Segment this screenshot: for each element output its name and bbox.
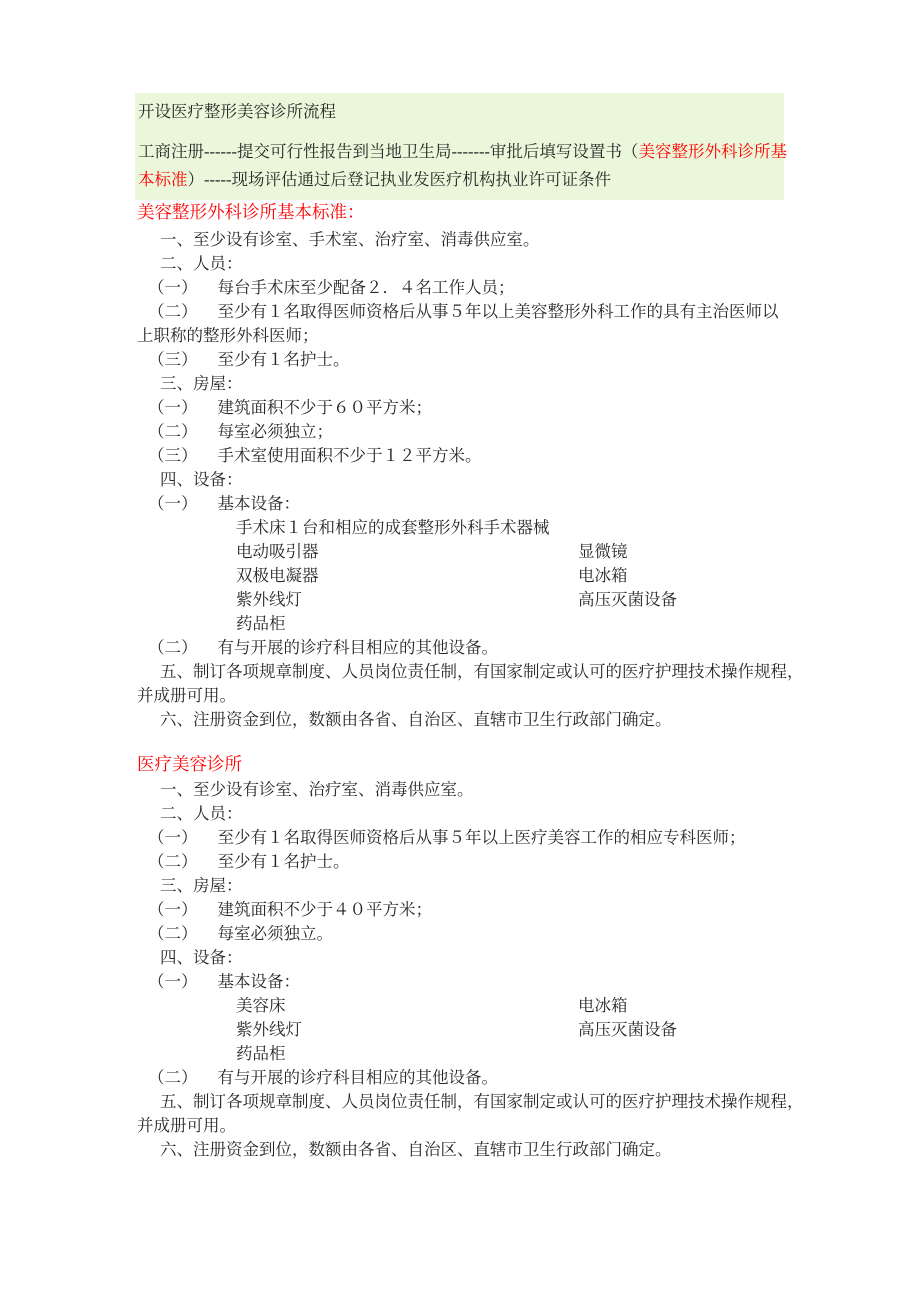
list-marker: （一） xyxy=(137,276,198,300)
doc-line-equip: 药品柜 xyxy=(137,612,787,636)
equipment-name: 电动吸引器 xyxy=(236,542,319,561)
flow-text: ）-----现场评估通过后登记执业发医疗机构执业许可证条件 xyxy=(188,170,611,189)
list-text: 每室必须独立。 xyxy=(218,924,334,943)
list-text: 至少有１名护士。 xyxy=(218,350,350,369)
list-text: 至少有１名取得医师资格后从事５年以上医疗美容工作的相应专科医师； xyxy=(218,828,746,847)
list-marker: （三） xyxy=(137,348,198,372)
equipment-name: 药品柜 xyxy=(236,1044,286,1063)
doc-line-paren: （二）至少有１名护士。 xyxy=(137,850,787,874)
list-text: 至少有１名取得医师资格后从事５年以上美容整形外科工作的具有主治医师以 xyxy=(218,302,779,321)
list-marker: （二） xyxy=(137,922,198,946)
doc-line-num: 一、至少设有诊室、手术室、治疗室、消毒供应室。 xyxy=(137,228,787,252)
document-page: 开设医疗整形美容诊所流程 工商注册------提交可行性报告到当地卫生局----… xyxy=(0,0,920,1302)
list-text: 有与开展的诊疗科目相应的其他设备。 xyxy=(218,1068,499,1087)
doc-line-equip: 双极电凝器电冰箱 xyxy=(137,564,787,588)
list-marker: （二） xyxy=(137,636,198,660)
list-marker: （三） xyxy=(137,444,198,468)
doc-line-num: 三、房屋： xyxy=(137,372,787,396)
doc-line-cont: 并成册可用。 xyxy=(137,684,787,708)
flow-red-text: 美容整形外科诊所基 xyxy=(638,142,787,161)
doc-line-num: 六、注册资金到位，数额由各省、自治区、直辖市卫生行政部门确定。 xyxy=(137,1138,787,1162)
list-text: 建筑面积不少于６０平方米； xyxy=(218,398,433,417)
doc-line-paren: （二）每室必须独立。 xyxy=(137,922,787,946)
doc-line-num: 四、设备： xyxy=(137,468,787,492)
equipment-name: 电冰箱 xyxy=(578,564,628,588)
doc-line-paren: （二）至少有１名取得医师资格后从事５年以上美容整形外科工作的具有主治医师以 xyxy=(137,300,787,324)
doc-line-num: 四、设备： xyxy=(137,946,787,970)
section-heading-medical-beauty-clinic: 医疗美容诊所 xyxy=(137,753,242,775)
highlighted-intro-block: 开设医疗整形美容诊所流程 工商注册------提交可行性报告到当地卫生局----… xyxy=(135,93,784,200)
equipment-name: 手术床１台和相应的成套整形外科手术器械 xyxy=(236,518,550,537)
section-body: 一、至少设有诊室、手术室、治疗室、消毒供应室。二、人员：（一）每台手术床至少配备… xyxy=(137,228,787,732)
doc-line-paren: （三）手术室使用面积不少于１２平方米。 xyxy=(137,444,787,468)
list-text: 至少有１名护士。 xyxy=(218,852,350,871)
list-text: 每台手术床至少配备２．４名工作人员； xyxy=(218,278,515,297)
doc-line-cont: 并成册可用。 xyxy=(137,1114,787,1138)
doc-line-num: 二、人员： xyxy=(137,252,787,276)
list-text: 建筑面积不少于４０平方米； xyxy=(218,900,433,919)
equipment-name: 紫外线灯 xyxy=(236,590,302,609)
equipment-name: 双极电凝器 xyxy=(236,566,319,585)
doc-line-cont: 上职称的整形外科医师； xyxy=(137,324,787,348)
equipment-name: 高压灭菌设备 xyxy=(578,1018,677,1042)
equipment-name: 高压灭菌设备 xyxy=(578,588,677,612)
list-marker: （一） xyxy=(137,492,198,516)
equipment-name: 美容床 xyxy=(236,996,286,1015)
list-text: 每室必须独立； xyxy=(218,422,334,441)
doc-line-paren: （一）建筑面积不少于６０平方米； xyxy=(137,396,787,420)
doc-line-equip: 美容床电冰箱 xyxy=(137,994,787,1018)
list-text: 有与开展的诊疗科目相应的其他设备。 xyxy=(218,638,499,657)
list-marker: （二） xyxy=(137,420,198,444)
doc-line-paren: （一）基本设备： xyxy=(137,492,787,516)
doc-line-num: 一、至少设有诊室、治疗室、消毒供应室。 xyxy=(137,778,787,802)
doc-line-equip: 紫外线灯高压灭菌设备 xyxy=(137,588,787,612)
doc-line-paren: （三）至少有１名护士。 xyxy=(137,348,787,372)
doc-line-equip: 紫外线灯高压灭菌设备 xyxy=(137,1018,787,1042)
list-marker: （一） xyxy=(137,396,198,420)
list-text: 手术室使用面积不少于１２平方米。 xyxy=(218,446,482,465)
doc-line-num: 二、人员： xyxy=(137,802,787,826)
list-marker: （一） xyxy=(137,970,198,994)
doc-line-num: 六、注册资金到位，数额由各省、自治区、直辖市卫生行政部门确定。 xyxy=(137,708,787,732)
doc-line-paren: （二）有与开展的诊疗科目相应的其他设备。 xyxy=(137,1066,787,1090)
list-marker: （二） xyxy=(137,1066,198,1090)
doc-line-paren: （二）每室必须独立； xyxy=(137,420,787,444)
doc-line-num: 三、房屋： xyxy=(137,874,787,898)
equipment-name: 显微镜 xyxy=(578,540,628,564)
doc-line-paren: （一）基本设备： xyxy=(137,970,787,994)
equipment-name: 电冰箱 xyxy=(578,994,628,1018)
doc-line-num: 五、制订各项规章制度、人员岗位责任制，有国家制定或认可的医疗护理技术操作规程， xyxy=(137,660,787,684)
list-marker: （一） xyxy=(137,826,198,850)
list-marker: （二） xyxy=(137,850,198,874)
doc-line-equip: 电动吸引器显微镜 xyxy=(137,540,787,564)
flow-line: 工商注册------提交可行性报告到当地卫生局-------审批后填写设置书（美… xyxy=(138,138,784,166)
list-text: 基本设备： xyxy=(218,972,301,991)
document-title: 开设医疗整形美容诊所流程 xyxy=(138,98,784,126)
flow-text: 工商注册------提交可行性报告到当地卫生局-------审批后填写设置书（ xyxy=(138,142,638,161)
doc-line-paren: （二）有与开展的诊疗科目相应的其他设备。 xyxy=(137,636,787,660)
list-marker: （二） xyxy=(137,300,198,324)
doc-line-paren: （一）至少有１名取得医师资格后从事５年以上医疗美容工作的相应专科医师； xyxy=(137,826,787,850)
equipment-name: 药品柜 xyxy=(236,614,286,633)
list-text: 基本设备： xyxy=(218,494,301,513)
doc-line-paren: （一）建筑面积不少于４０平方米； xyxy=(137,898,787,922)
flow-red-text: 本标准 xyxy=(138,170,188,189)
doc-line-equip: 手术床１台和相应的成套整形外科手术器械 xyxy=(137,516,787,540)
equipment-name: 紫外线灯 xyxy=(236,1020,302,1039)
doc-line-paren: （一）每台手术床至少配备２．４名工作人员； xyxy=(137,276,787,300)
doc-line-equip: 药品柜 xyxy=(137,1042,787,1066)
section-heading-surgical-clinic-standard: 美容整形外科诊所基本标准： xyxy=(137,201,365,223)
list-marker: （一） xyxy=(137,898,198,922)
section-body: 一、至少设有诊室、治疗室、消毒供应室。二、人员：（一）至少有１名取得医师资格后从… xyxy=(137,778,787,1162)
flow-paragraph: 工商注册------提交可行性报告到当地卫生局-------审批后填写设置书（美… xyxy=(138,138,784,194)
flow-line: 本标准）-----现场评估通过后登记执业发医疗机构执业许可证条件 xyxy=(138,166,784,194)
doc-line-num: 五、制订各项规章制度、人员岗位责任制，有国家制定或认可的医疗护理技术操作规程， xyxy=(137,1090,787,1114)
